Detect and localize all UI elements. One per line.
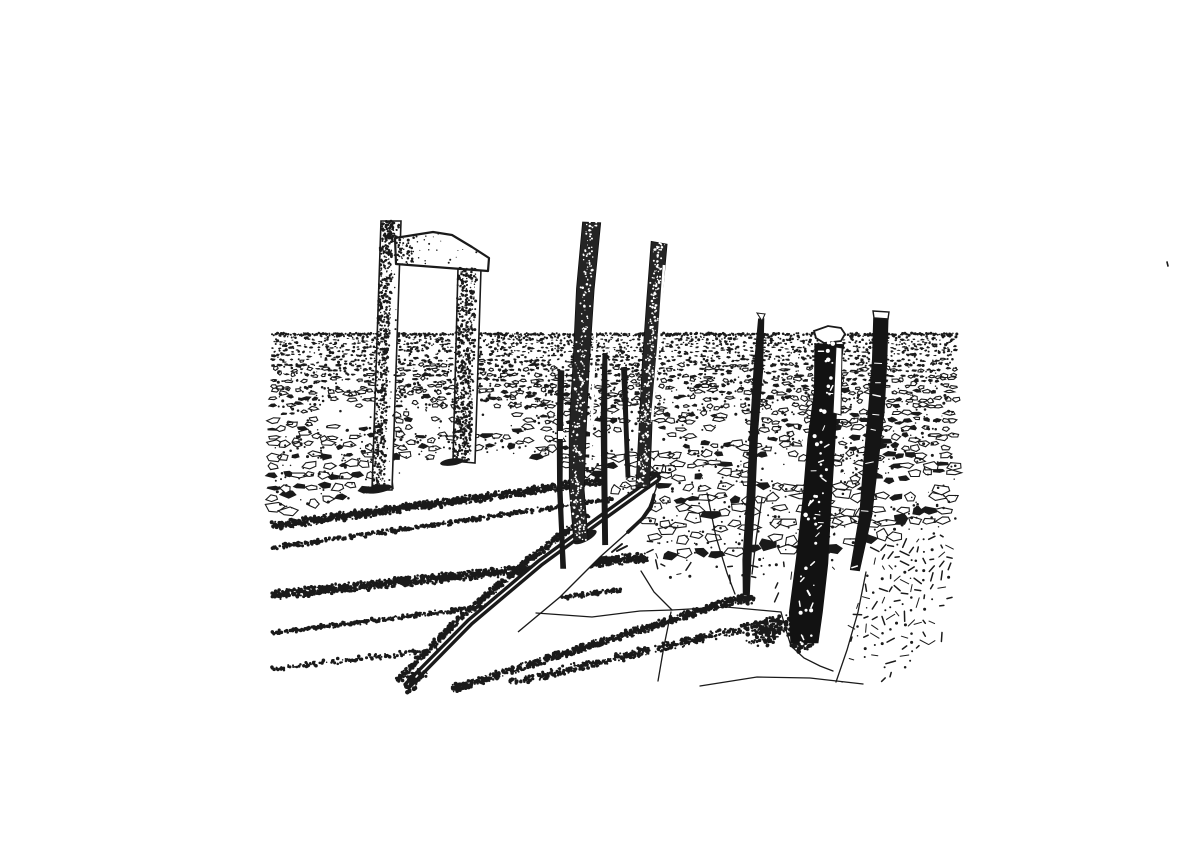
gateway [364, 221, 489, 495]
channel-left [707, 493, 735, 594]
beach-groynes-drawing [0, 0, 1200, 855]
scanned-page [0, 0, 1200, 855]
stake-notch [558, 431, 563, 439]
dark-pole-cap [873, 311, 889, 319]
stippled-pole-left [569, 222, 601, 542]
sky [1167, 262, 1168, 266]
sand-step-line [536, 610, 672, 617]
mound-left-edge [641, 571, 672, 610]
stump-cap [814, 326, 845, 343]
sand-bottom-edge [700, 677, 863, 686]
sky-speck [1167, 262, 1168, 266]
